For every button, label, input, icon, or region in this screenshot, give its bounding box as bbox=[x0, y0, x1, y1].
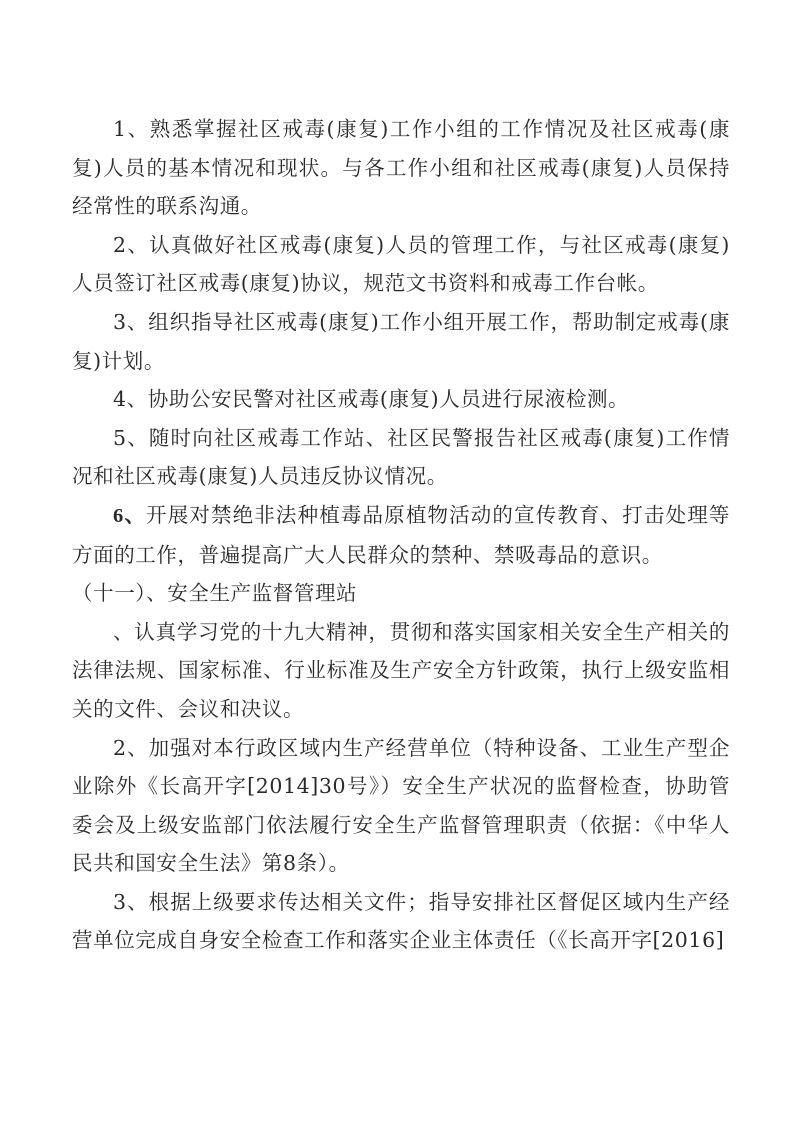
item-number: 5、 bbox=[113, 426, 149, 450]
safety-duty-item-3: 3、根据上级要求传达相关文件；指导安排社区督促区域内生产经营单位完成自身安全检查… bbox=[72, 883, 730, 960]
item-text: 开展对禁绝非法种植毒品原植物活动的宣传教育、打击处理等方面的工作，普遍提高广大人… bbox=[72, 503, 730, 567]
drug-duty-item-6: 6、开展对禁绝非法种植毒品原植物活动的宣传教育、打击处理等方面的工作，普遍提高广… bbox=[72, 496, 730, 574]
item-number: 3、 bbox=[113, 890, 149, 914]
item-text: 协助公安民警对社区戒毒(康复)人员进行尿液检测。 bbox=[148, 387, 629, 411]
item-text: 熟悉掌握社区戒毒(康复)工作小组的工作情况及社区戒毒(康复)人员的基本情况和现状… bbox=[72, 117, 730, 218]
drug-duty-item-2: 2、认真做好社区戒毒(康复)人员的管理工作，与社区戒毒(康复)人员签订社区戒毒(… bbox=[72, 226, 730, 303]
drug-duty-item-1: 1、熟悉掌握社区戒毒(康复)工作小组的工作情况及社区戒毒(康复)人员的基本情况和… bbox=[72, 110, 730, 226]
item-number: 1、 bbox=[113, 117, 150, 141]
item-number: 4、 bbox=[113, 387, 148, 411]
item-text: 认真做好社区戒毒(康复)人员的管理工作，与社区戒毒(康复)人员签订社区戒毒(康复… bbox=[72, 233, 730, 296]
drug-duty-item-4: 4、协助公安民警对社区戒毒(康复)人员进行尿液检测。 bbox=[72, 380, 730, 419]
item-text: 组织指导社区戒毒(康复)工作小组开展工作，帮助制定戒毒(康复)计划。 bbox=[72, 310, 730, 373]
item-number: 3、 bbox=[113, 310, 148, 334]
safety-duty-item-1: 、认真学习党的十九大精神，贯彻和落实国家相关安全生产相关的法律法规、国家标准、行… bbox=[72, 613, 730, 729]
drug-duty-item-5: 5、随时向社区戒毒工作站、社区民警报告社区戒毒(康复)工作情况和社区戒毒(康复)… bbox=[72, 419, 730, 496]
item-text: 随时向社区戒毒工作站、社区民警报告社区戒毒(康复)工作情况和社区戒毒(康复)人员… bbox=[72, 426, 730, 489]
section-heading: （十一）、安全生产监督管理站 bbox=[72, 574, 730, 613]
document-page: 1、熟悉掌握社区戒毒(康复)工作小组的工作情况及社区戒毒(康复)人员的基本情况和… bbox=[72, 110, 730, 960]
item-text: 根据上级要求传达相关文件；指导安排社区督促区域内生产经营单位完成自身安全检查工作… bbox=[72, 890, 730, 953]
item-text: 加强对本行政区域内生产经营单位（特种设备、工业生产型企业除外《长高开字[2014… bbox=[72, 736, 730, 876]
item-number: 6、 bbox=[113, 505, 146, 527]
item-number: 2、 bbox=[113, 233, 149, 257]
drug-duty-item-3: 3、组织指导社区戒毒(康复)工作小组开展工作，帮助制定戒毒(康复)计划。 bbox=[72, 303, 730, 380]
item-text: 、认真学习党的十九大精神，贯彻和落实国家相关安全生产相关的法律法规、国家标准、行… bbox=[72, 620, 730, 721]
safety-duty-item-2: 2、加强对本行政区域内生产经营单位（特种设备、工业生产型企业除外《长高开字[20… bbox=[72, 729, 730, 883]
item-number: 2、 bbox=[113, 736, 149, 760]
